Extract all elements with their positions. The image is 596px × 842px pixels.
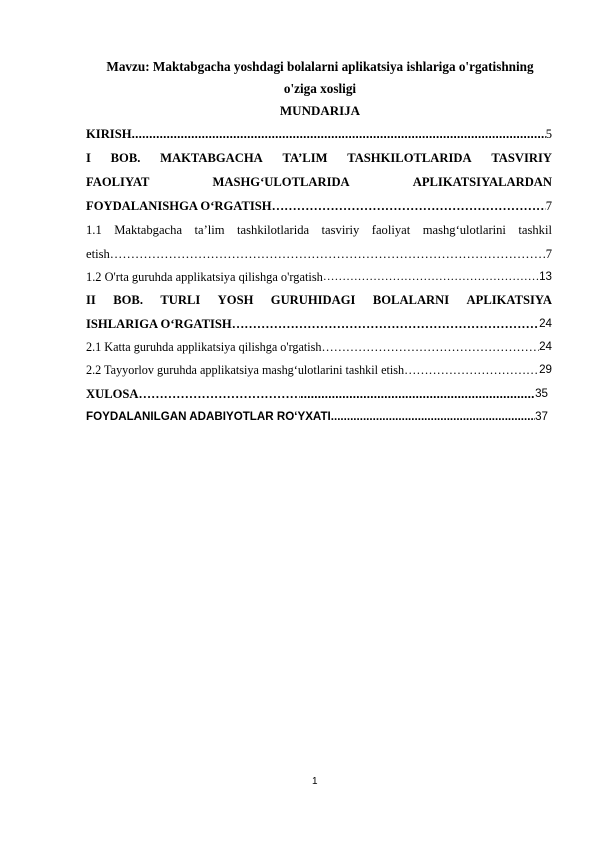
- toc-entry-section-2-2[interactable]: 2.2 Tayyorlov guruhda applikatsiya mashg…: [86, 361, 552, 379]
- page-number: 1: [312, 776, 318, 787]
- toc-entry-chapter-2-line-1[interactable]: IIBOB.TURLIYOSHGURUHIDAGIBOLALARNIAPLIKA…: [86, 291, 552, 309]
- dot-leader: [322, 338, 540, 356]
- toc-entry-label: FOYDALANISHGA O‘RGATISH: [86, 197, 272, 215]
- toc-entry-page: 29: [539, 361, 552, 379]
- toc-word: II: [86, 291, 96, 309]
- toc-word: 1.1: [86, 221, 102, 239]
- toc-word: tashkilotlarida: [237, 221, 309, 239]
- dot-leader: [232, 315, 539, 333]
- toc-word: I: [86, 149, 91, 167]
- toc-word: FAOLIYAT: [86, 173, 149, 191]
- toc-entry-kirish[interactable]: KIRISH 5: [86, 125, 552, 143]
- dot-leader: [300, 385, 535, 403]
- toc-entry-label: 2.2 Tayyorlov guruhda applikatsiya mashg…: [86, 361, 404, 379]
- toc-word: APLIKATSIYALARDAN: [413, 173, 552, 191]
- toc-entry-section-1-2[interactable]: 1.2 O'rta guruhda applikatsiya qilishga …: [86, 268, 552, 286]
- toc-entry-chapter-1-line-3[interactable]: FOYDALANISHGA O‘RGATISH 7: [86, 197, 552, 215]
- toc-entry-page: 37: [535, 408, 548, 426]
- toc-entry-page: 13: [539, 268, 552, 286]
- toc-word: MAKTABGACHA: [160, 149, 263, 167]
- dot-leader: [272, 197, 546, 215]
- toc-entry-label: KIRISH: [86, 125, 132, 143]
- toc-entry-references[interactable]: FOYDALANILGAN ADABIYOTLAR RO‘YXATI 37: [86, 408, 548, 426]
- toc-entry-page: 24: [539, 338, 552, 356]
- toc-word: MASHG‘ULOTLARIDA: [213, 173, 350, 191]
- toc-entry-label: etish: [86, 245, 110, 263]
- toc-word: TURLI: [160, 291, 200, 309]
- toc-word: tashkil: [518, 221, 552, 239]
- toc-word: BOB.: [111, 149, 141, 167]
- toc-word: tasviriy: [322, 221, 360, 239]
- document-title-line-2: o'ziga xosligi: [80, 78, 560, 100]
- toc-word: GURUHIDAGI: [271, 291, 356, 309]
- toc-word: mashg‘ulotlarini: [423, 221, 506, 239]
- dot-leader: [331, 408, 535, 426]
- toc-entry-page: 7: [546, 245, 552, 263]
- toc-entry-chapter-2-line-2[interactable]: ISHLARIGA O‘RGATISH 24: [86, 315, 552, 333]
- dot-leader: [110, 245, 546, 263]
- toc-word: TASVIRIY: [491, 149, 552, 167]
- toc-word: ta’lim: [195, 221, 225, 239]
- toc-entry-label: 1.2 O'rta guruhda applikatsiya qilishga …: [86, 268, 323, 286]
- dot-leader: [404, 361, 539, 379]
- toc-entry-label: FOYDALANILGAN ADABIYOTLAR RO‘YXATI: [86, 408, 331, 426]
- toc-entry-xulosa[interactable]: XULOSA 35: [86, 385, 548, 403]
- toc-entry-page: 5: [546, 125, 552, 143]
- toc-entry-section-2-1[interactable]: 2.1 Katta guruhda applikatsiya qilishga …: [86, 338, 552, 356]
- toc-word: BOB.: [113, 291, 143, 309]
- toc-word: TA’LIM: [282, 149, 327, 167]
- toc-entry-page: 7: [546, 197, 552, 215]
- document-page: Mavzu: Maktabgacha yoshdagi bolalarni ap…: [0, 0, 596, 842]
- toc-word: TASHKILOTLARIDA: [347, 149, 471, 167]
- toc-entry-section-1-1-line-2[interactable]: etish 7: [86, 245, 552, 263]
- toc-entry-label: ISHLARIGA O‘RGATISH: [86, 315, 232, 333]
- toc-word: faoliyat: [372, 221, 410, 239]
- dot-leader: [132, 125, 546, 143]
- toc-entry-page: 24: [539, 315, 552, 333]
- toc-word: BOLALARNI: [373, 291, 449, 309]
- document-title-line-1: Mavzu: Maktabgacha yoshdagi bolalarni ap…: [80, 56, 560, 78]
- toc-word: APLIKATSIYA: [467, 291, 552, 309]
- toc-entry-section-1-1-line-1[interactable]: 1.1Maktabgachata’limtashkilotlaridatasvi…: [86, 221, 552, 239]
- toc-entry-chapter-1-line-1[interactable]: IBOB.MAKTABGACHATA’LIMTASHKILOTLARIDATAS…: [86, 149, 552, 167]
- toc-entry-page: 35: [535, 385, 548, 403]
- contents-heading: MUNDARIJA: [80, 100, 560, 122]
- toc-entry-label: 2.1 Katta guruhda applikatsiya qilishga …: [86, 338, 322, 356]
- dot-leader: [323, 268, 539, 286]
- toc-entry-label: XULOSA: [86, 385, 138, 403]
- toc-entry-chapter-1-line-2[interactable]: FAOLIYATMASHG‘ULOTLARIDAAPLIKATSIYALARDA…: [86, 173, 552, 191]
- toc-word: Maktabgacha: [114, 221, 182, 239]
- dot-leader: [138, 385, 300, 403]
- toc-word: YOSH: [218, 291, 254, 309]
